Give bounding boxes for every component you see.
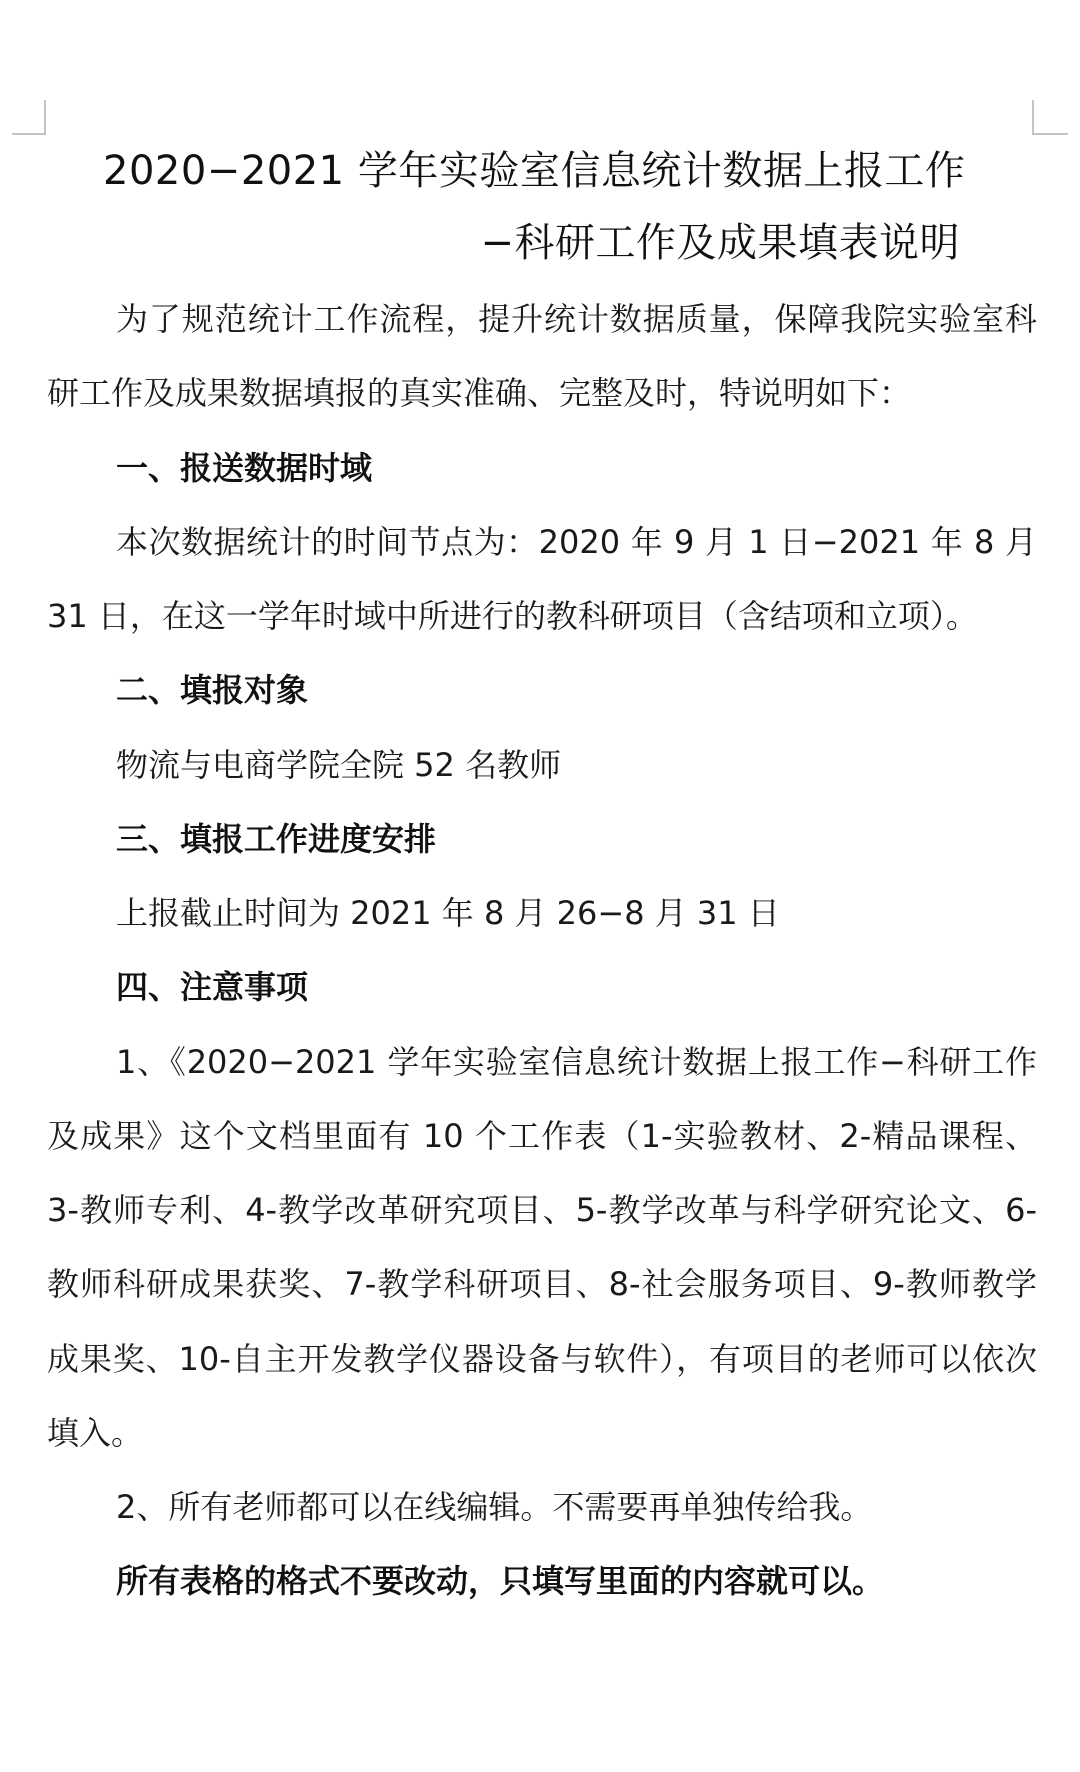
document-page: 2020−2021 学年实验室信息统计数据上报工作 −科研工作及成果填表说明 为… xyxy=(0,0,1080,1772)
note-item-1-line: 3-教师专利、4-教学改革研究项目、5-教学改革与科学研究论文、6- xyxy=(47,1188,1037,1232)
section-body-line: 本次数据统计的时间节点为：2020 年 9 月 1 日−2021 年 8 月 xyxy=(116,520,1037,564)
page-corner-mark-top-left xyxy=(12,100,46,135)
section-heading-reporting-target: 二、填报对象 xyxy=(116,668,1037,712)
note-item-1-line: 及成果》这个文档里面有 10 个工作表（1-实验教材、2-精品课程、 xyxy=(47,1114,1037,1158)
section-heading-notes: 四、注意事项 xyxy=(116,965,1037,1009)
note-item-1-line: 1、《2020−2021 学年实验室信息统计数据上报工作−科研工作 xyxy=(116,1040,1037,1084)
section-heading-reporting-period: 一、报送数据时域 xyxy=(116,446,1037,490)
note-item-1-line: 填入。 xyxy=(47,1411,1037,1455)
note-item-1-line: 成果奖、10-自主开发教学仪器设备与软件），有项目的老师可以依次 xyxy=(47,1337,1037,1381)
note-item-2: 2、所有老师都可以在线编辑。不需要再单独传给我。 xyxy=(116,1485,1037,1529)
document-title-line-2: −科研工作及成果填表说明 xyxy=(400,218,960,268)
intro-paragraph-line: 为了规范统计工作流程，提升统计数据质量，保障我院实验室科 xyxy=(116,297,1037,341)
section-body-line: 31 日，在这一学年时域中所进行的教科研项目（含结项和立项）。 xyxy=(47,594,1037,638)
document-title-line-1: 2020−2021 学年实验室信息统计数据上报工作 xyxy=(103,146,960,196)
note-item-1-line: 教师科研成果获奖、7-教学科研项目、8-社会服务项目、9-教师教学 xyxy=(47,1262,1037,1306)
page-corner-mark-top-right xyxy=(1032,100,1068,135)
section-heading-schedule: 三、填报工作进度安排 xyxy=(116,817,1037,861)
note-bold-format-warning: 所有表格的格式不要改动，只填写里面的内容就可以。 xyxy=(116,1559,1037,1603)
section-body-line: 物流与电商学院全院 52 名教师 xyxy=(116,743,1037,787)
section-body-line: 上报截止时间为 2021 年 8 月 26−8 月 31 日 xyxy=(116,891,1037,935)
intro-paragraph-line: 研工作及成果数据填报的真实准确、完整及时，特说明如下： xyxy=(47,371,1037,415)
